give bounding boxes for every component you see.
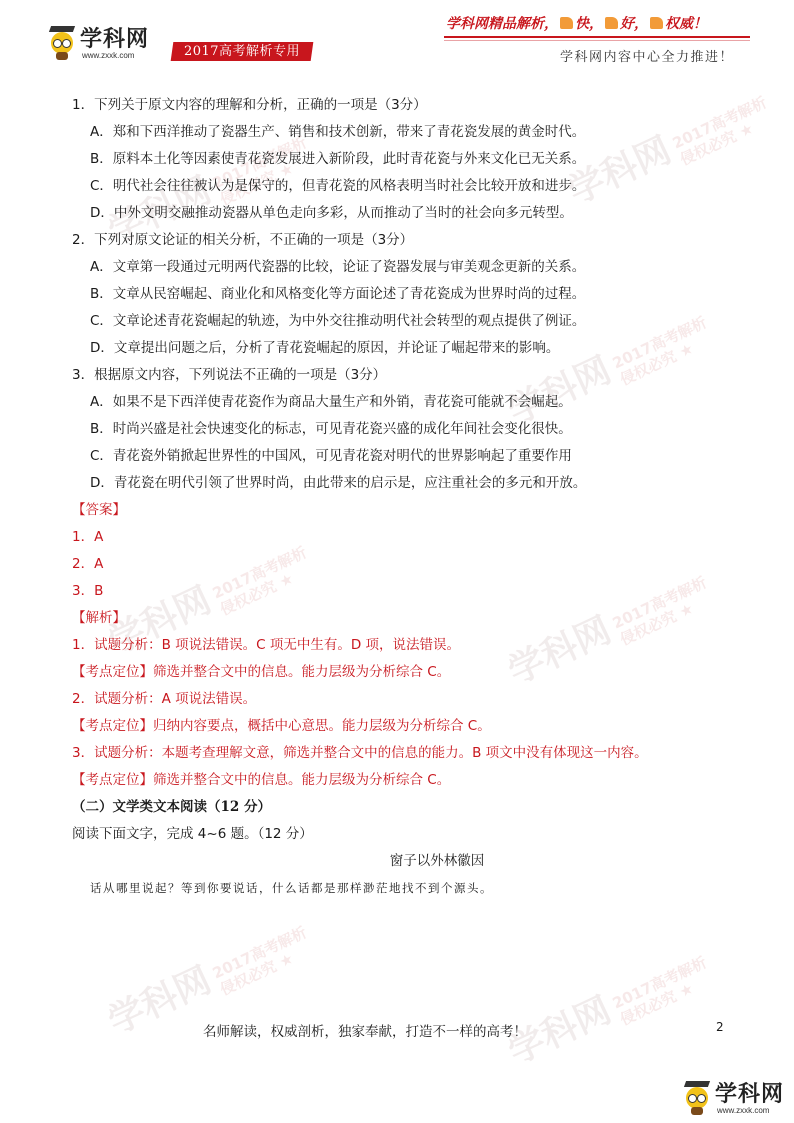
thumbs-up-icon xyxy=(605,17,618,29)
analysis-item: 【考点定位】归纳内容要点，概括中心意思。能力层级为分析综合 C。 xyxy=(72,713,752,740)
option-b: B．文章从民窑崛起、商业化和风格变化等方面论述了青花瓷成为世界时尚的过程。 xyxy=(72,281,752,308)
analysis-item: 1．试题分析：B 项说法错误。C 项无中生有。D 项，说法错误。 xyxy=(72,632,752,659)
footer-slogan: 名师解读，权威剖析，独家奉献，打造不一样的高考！ xyxy=(203,1020,527,1040)
section-2: （二）文学类文本阅读（12 分） 阅读下面文字，完成 4~6 题。（12 分） … xyxy=(72,794,752,902)
mascot-icon xyxy=(683,1081,711,1115)
option-c: C．明代社会往往被认为是保守的，但青花瓷的风格表明当时社会比较开放和进步。 xyxy=(72,173,752,200)
divider xyxy=(444,36,750,38)
question-stem: 1．下列关于原文内容的理解和分析，正确的一项是（3分） xyxy=(72,92,752,119)
analysis-item: 【考点定位】筛选并整合文中的信息。能力层级为分析综合 C。 xyxy=(72,659,752,686)
answer-label: 【答案】 xyxy=(72,497,752,524)
question-1: 1．下列关于原文内容的理解和分析，正确的一项是（3分） A．郑和下西洋推动了瓷器… xyxy=(72,92,752,227)
answer-item: 2．A xyxy=(72,551,752,578)
option-d: D．青花瓷在明代引领了世界时尚，由此带来的启示是，应注重社会的多元和开放。 xyxy=(72,470,752,497)
page-header: 学科网 www.zxxk.com 2017高考解析专用 学科网精品解析，快，好，… xyxy=(0,0,794,80)
question-stem: 3．根据原文内容，下列说法不正确的一项是（3分） xyxy=(72,362,752,389)
year-banner: 2017高考解析专用 xyxy=(171,42,314,61)
analysis-item: 【考点定位】筛选并整合文中的信息。能力层级为分析综合 C。 xyxy=(72,767,752,794)
passage-text: 话从哪里说起？等到你要说话，什么话都是那样渺茫地找不到个源头。 xyxy=(72,875,752,902)
slogan-part: 权威！ xyxy=(665,16,707,32)
analysis-item: 3．试题分析：本题考查理解文意，筛选并整合文中的信息的能力。B 项文中没有体现这… xyxy=(72,740,752,767)
sub-slogan: 学科网内容中心全力推进！ xyxy=(560,46,734,65)
divider xyxy=(444,40,750,41)
answer-item: 3．B xyxy=(72,578,752,605)
answer-item: 1．A xyxy=(72,524,752,551)
option-b: B．时尚兴盛是社会快速变化的标志，可见青花瓷兴盛的成化年间社会变化很快。 xyxy=(72,416,752,443)
analysis-item: 2．试题分析：A 项说法错误。 xyxy=(72,686,752,713)
answer-section: 【答案】 1．A 2．A 3．B xyxy=(72,497,752,605)
logo-text: 学科网 xyxy=(80,22,149,53)
logo-url: www.zxxk.com xyxy=(717,1106,769,1115)
footer-logo: 学科网 www.zxxk.com xyxy=(683,1075,793,1121)
question-3: 3．根据原文内容，下列说法不正确的一项是（3分） A．如果不是下西洋使青花瓷作为… xyxy=(72,362,752,497)
section-instruction: 阅读下面文字，完成 4~6 题。（12 分） xyxy=(72,821,752,848)
option-a: A．文章第一段通过元明两代瓷器的比较，论证了瓷器发展与审美观念更新的关系。 xyxy=(72,254,752,281)
analysis-label: 【解析】 xyxy=(72,605,752,632)
thumbs-up-icon xyxy=(650,17,663,29)
option-d: D．文章提出问题之后，分析了青花瓷崛起的原因，并论证了崛起带来的影响。 xyxy=(72,335,752,362)
option-d: D．中外文明交融推动瓷器从单色走向多彩，从而推动了当时的社会向多元转型。 xyxy=(72,200,752,227)
option-a: A．郑和下西洋推动了瓷器生产、销售和技术创新，带来了青花瓷发展的黄金时代。 xyxy=(72,119,752,146)
slogan-part: 好， xyxy=(620,16,648,32)
page-number: 2 xyxy=(716,1020,724,1034)
question-stem: 2．下列对原文论证的相关分析，不正确的一项是（3分） xyxy=(72,227,752,254)
document-body: 1．下列关于原文内容的理解和分析，正确的一项是（3分） A．郑和下西洋推动了瓷器… xyxy=(72,92,752,902)
slogan-part: 快， xyxy=(575,16,603,32)
option-a: A．如果不是下西洋使青花瓷作为商品大量生产和外销，青花瓷可能就不会崛起。 xyxy=(72,389,752,416)
watermark: 学科网2017高考解析侵权必究 ★ xyxy=(499,937,717,1077)
option-b: B．原料本土化等因素使青花瓷发展进入新阶段，此时青花瓷与外来文化已无关系。 xyxy=(72,146,752,173)
zxxk-logo: 学科网 www.zxxk.com xyxy=(48,20,158,66)
mascot-icon xyxy=(48,26,76,60)
question-2: 2．下列对原文论证的相关分析，不正确的一项是（3分） A．文章第一段通过元明两代… xyxy=(72,227,752,362)
year-banner-text: 2017高考解析专用 xyxy=(172,42,312,61)
section-title: （二）文学类文本阅读（12 分） xyxy=(72,794,752,821)
option-c: C．青花瓷外销掀起世界性的中国风，可见青花瓷对明代的世界影响起了重要作用 xyxy=(72,443,752,470)
thumbs-up-icon xyxy=(560,17,573,29)
logo-url: www.zxxk.com xyxy=(82,51,134,60)
slogan-part: 学科网精品解析， xyxy=(446,16,558,32)
analysis-section: 【解析】 1．试题分析：B 项说法错误。C 项无中生有。D 项，说法错误。 【考… xyxy=(72,605,752,794)
passage-title: 窗子以外林徽因 xyxy=(72,848,752,875)
option-c: C．文章论述青花瓷崛起的轨迹，为中外交往推动明代社会转型的观点提供了例证。 xyxy=(72,308,752,335)
header-slogan: 学科网精品解析，快，好，权威！ xyxy=(446,12,751,36)
logo-text: 学科网 xyxy=(715,1077,784,1108)
